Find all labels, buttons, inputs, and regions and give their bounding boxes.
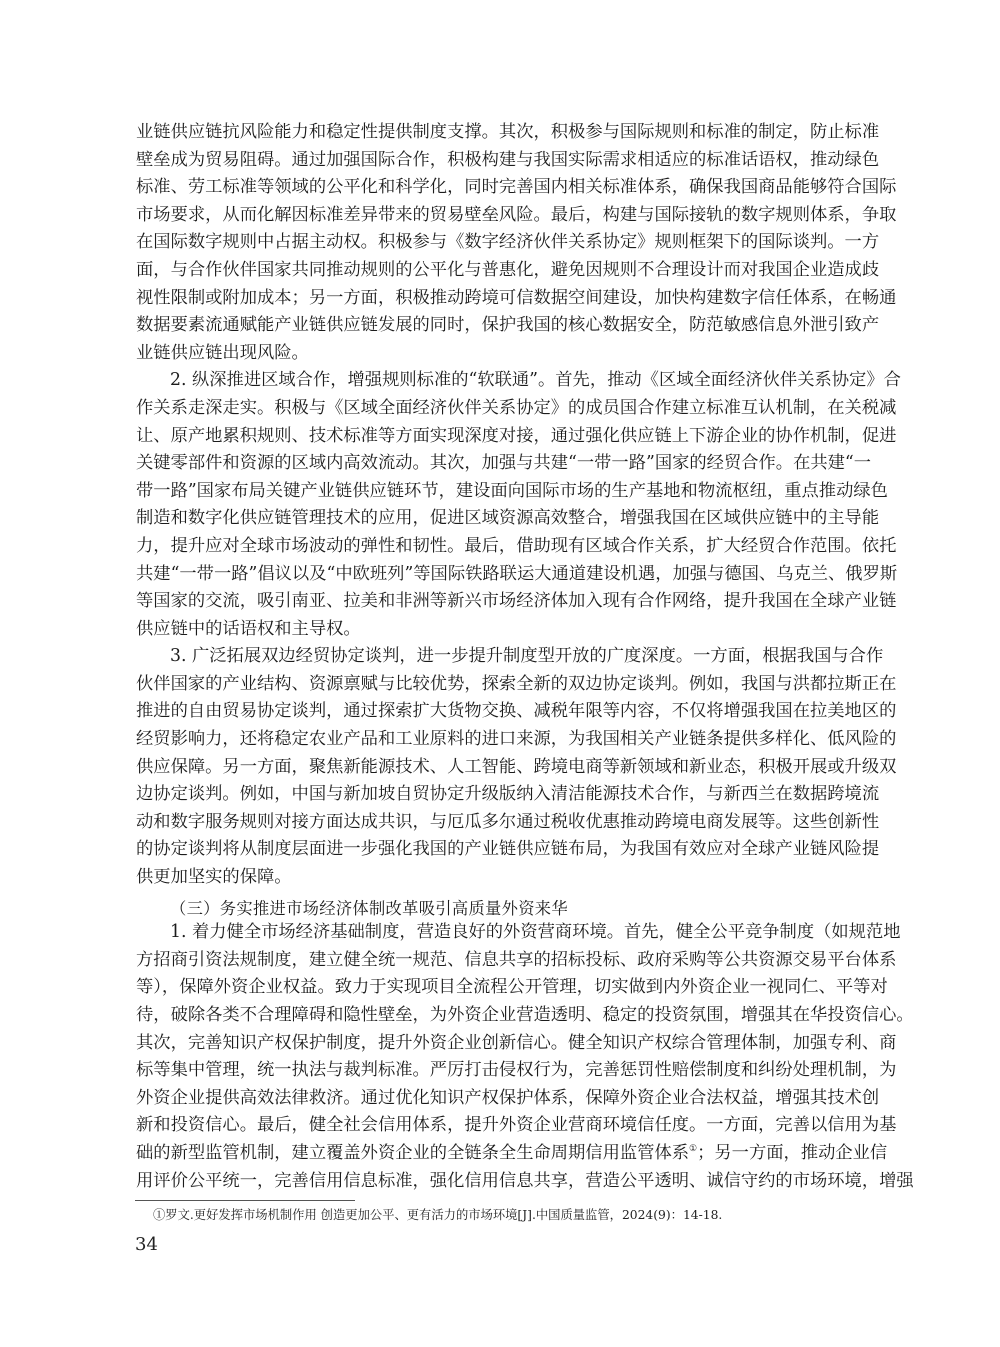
footnote-marker[interactable]: ①: [689, 1144, 697, 1154]
paragraph-3: 3. 广泛拓展双边经贸协定谈判，进一步提升制度型开放的广度深度。一方面，根据我国…: [136, 643, 865, 891]
text-line: 在国际数字规则中占据主动权。积极参与《数字经济伙伴关系协定》规则框架下的国际谈判…: [136, 229, 865, 257]
text-line: 伙伴国家的产业结构、资源禀赋与比较优势，探索全新的双边协定谈判。例如，我国与洪都…: [136, 671, 865, 699]
text-line: 边协定谈判。例如，中国与新加坡自贸协定升级版纳入清洁能源技术合作，与新西兰在数据…: [136, 781, 865, 809]
text-line: 数据要素流通赋能产业链供应链发展的同时，保护我国的核心数据安全，防范敏感信息外泄…: [136, 312, 865, 340]
text-line: 带一路”国家布局关键产业链供应链环节，建设面向国际市场的生产基地和物流枢纽，重点…: [136, 478, 865, 506]
text-line: 等），保障外资企业权益。致力于实现项目全流程公开管理，切实做到内外资企业一视同仁…: [136, 974, 865, 1002]
text-line: 经贸影响力，还将稳定农业产品和工业原料的进口来源，为我国相关产业链条提供多样化、…: [136, 726, 865, 754]
text-line: 新和投资信心。最后，健全社会信用体系，提升外资企业营商环境信任度。一方面，完善以…: [136, 1112, 865, 1140]
text-line: 力，提升应对全球市场波动的弹性和韧性。最后，借助现有区域合作关系，扩大经贸合作范…: [136, 533, 865, 561]
text-line: 面，与合作伙伴国家共同推动规则的公平化与普惠化，避免因规则不合理设计而对我国企业…: [136, 257, 865, 285]
text-line: 关键零部件和资源的区域内高效流动。其次，加强与共建“一带一路”国家的经贸合作。在…: [136, 450, 865, 478]
section-heading: （三）务实推进市场经济体制改革吸引高质量外资来华: [170, 895, 865, 923]
text-line: 推进的自由贸易协定谈判，通过探索扩大货物交换、减税年限等内容，不仅将增强我国在拉…: [136, 698, 865, 726]
text-line: 让、原产地累积规则、技术标准等方面实现深度对接，通过强化供应链上下游企业的协作机…: [136, 423, 865, 451]
text-line: 供更加坚实的保障。: [136, 864, 865, 892]
text-line: 视性限制或附加成本；另一方面，积极推动跨境可信数据空间建设，加快构建数字信任体系…: [136, 285, 865, 313]
text-line: 动和数字服务规则对接方面达成共识，与厄瓜多尔通过税收优惠推动跨境电商发展等。这些…: [136, 809, 865, 837]
text-segment: 础的新型监管机制，建立覆盖外资企业的全链条全生命周期信用监管体系: [136, 1143, 689, 1163]
text-line: 共建“一带一路”倡议以及“中欧班列”等国际铁路联运大通道建设机遇，加强与德国、乌…: [136, 561, 865, 589]
text-line: 方招商引资法规制度，建立健全统一规范、信息共享的招标投标、政府采购等公共资源交易…: [136, 947, 865, 975]
text-line: 外资企业提供高效法律救济。通过优化知识产权保护体系，保障外资企业合法权益，增强其…: [136, 1085, 865, 1113]
body-text: 业链供应链抗风险能力和稳定性提供制度支撑。其次，积极参与国际规则和标准的制定，防…: [136, 119, 865, 1195]
paragraph-continuation: 业链供应链抗风险能力和稳定性提供制度支撑。其次，积极参与国际规则和标准的制定，防…: [136, 119, 865, 367]
text-line: 制造和数字化供应链管理技术的应用，促进区域资源高效整合，增强我国在区域供应链中的…: [136, 505, 865, 533]
text-line: 业链供应链出现风险。: [136, 340, 865, 368]
text-line: 标准、劳工标准等领域的公平化和科学化，同时完善国内相关标准体系，确保我国商品能够…: [136, 174, 865, 202]
journal-page: 业链供应链抗风险能力和稳定性提供制度支撑。其次，积极参与国际规则和标准的制定，防…: [0, 0, 1000, 1347]
paragraph-first-line: 3. 广泛拓展双边经贸协定谈判，进一步提升制度型开放的广度深度。一方面，根据我国…: [170, 643, 865, 671]
page-number: 34: [135, 1233, 158, 1257]
text-line: 供应链中的话语权和主导权。: [136, 616, 865, 644]
paragraph-2: 2. 纵深推进区域合作，增强规则标准的“软联通”。首先，推动《区域全面经济伙伴关…: [136, 367, 865, 643]
text-line: 其次，完善知识产权保护制度，提升外资企业创新信心。健全知识产权综合管理体制，加强…: [136, 1030, 865, 1058]
footnote-divider: [135, 1200, 355, 1201]
text-line: 作关系走深走实。积极与《区域全面经济伙伴关系协定》的成员国合作建立标准互认机制，…: [136, 395, 865, 423]
text-line: 的协定谈判将从制度层面进一步强化我国的产业链供应链布局，为我国有效应对全球产业链…: [136, 836, 865, 864]
text-line-with-footnote: 础的新型监管机制，建立覆盖外资企业的全链条全生命周期信用监管体系①；另一方面，推…: [136, 1140, 865, 1168]
paragraph-first-line: 2. 纵深推进区域合作，增强规则标准的“软联通”。首先，推动《区域全面经济伙伴关…: [170, 367, 865, 395]
paragraph-first-line: 1. 着力健全市场经济基础制度，营造良好的外资营商环境。首先，健全公平竞争制度（…: [170, 919, 865, 947]
text-line: 待，破除各类不合理障碍和隐性壁垒，为外资企业营造透明、稳定的投资氛围，增强其在华…: [136, 1002, 865, 1030]
text-line: 用评价公平统一，完善信用信息标准，强化信用信息共享，营造公平透明、诚信守约的市场…: [136, 1168, 865, 1196]
text-line: 业链供应链抗风险能力和稳定性提供制度支撑。其次，积极参与国际规则和标准的制定，防…: [136, 119, 865, 147]
text-line: 壁垒成为贸易阻碍。通过加强国际合作，积极构建与我国实际需求相适应的标准话语权，推…: [136, 147, 865, 175]
text-line: 标等集中管理，统一执法与裁判标准。严厉打击侵权行为，完善惩罚性赔偿制度和纠纷处理…: [136, 1057, 865, 1085]
text-line: 市场要求，从而化解因标准差异带来的贸易壁垒风险。最后，构建与国际接轨的数字规则体…: [136, 202, 865, 230]
text-line: 供应保障。另一方面，聚焦新能源技术、人工智能、跨境电商等新领域和新业态，积极开展…: [136, 754, 865, 782]
text-segment: ；另一方面，推动企业信: [697, 1143, 887, 1163]
paragraph-4: 1. 着力健全市场经济基础制度，营造良好的外资营商环境。首先，健全公平竞争制度（…: [136, 919, 865, 1195]
text-line: 等国家的交流，吸引南亚、拉美和非洲等新兴市场经济体加入现有合作网络，提升我国在全…: [136, 588, 865, 616]
footnote: ①罗文.更好发挥市场机制作用 创造更加公平、更有活力的市场环境[J].中国质量监…: [153, 1206, 722, 1224]
